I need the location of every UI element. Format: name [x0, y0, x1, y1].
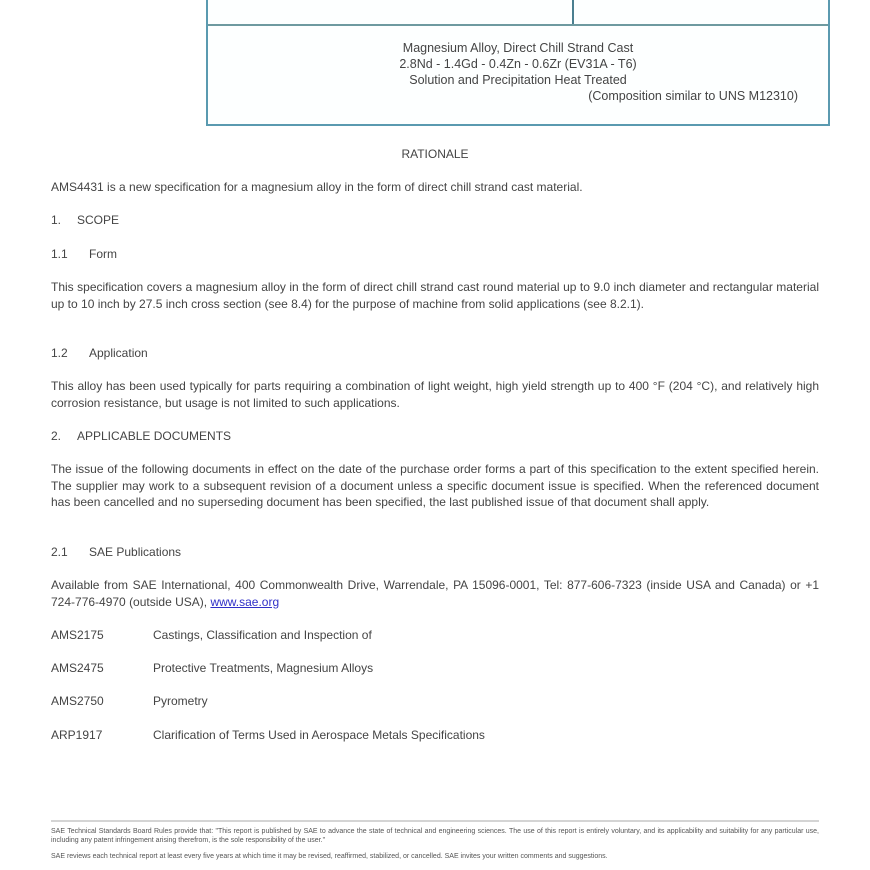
footer-review-note: SAE reviews each technical report at lea…	[51, 852, 819, 861]
section-2-text: The issue of the following documents in …	[51, 461, 819, 511]
section-1-2-heading: 1.2Application	[51, 345, 819, 362]
title-box-header-row	[208, 0, 828, 26]
title-box: Magnesium Alloy, Direct Chill Strand Cas…	[206, 0, 830, 126]
reference-code: AMS2750	[51, 694, 153, 708]
reference-code: ARP1917	[51, 728, 153, 742]
reference-title: Pyrometry	[153, 694, 208, 708]
reference-title: Protective Treatments, Magnesium Alloys	[153, 661, 373, 675]
rationale-text: AMS4431 is a new specification for a mag…	[51, 179, 819, 196]
section-title: APPLICABLE DOCUMENTS	[77, 429, 231, 443]
section-2-1-heading: 2.1SAE Publications	[51, 544, 819, 561]
composition-note: (Composition similar to UNS M12310)	[208, 88, 828, 104]
footer-disclaimer: SAE Technical Standards Board Rules prov…	[51, 827, 819, 845]
reference-row: ARP1917Clarification of Terms Used in Ae…	[51, 728, 485, 742]
section-1-1-text: This specification covers a magnesium al…	[51, 279, 819, 312]
reference-code: AMS2475	[51, 661, 153, 675]
reference-row: AMS2175Castings, Classification and Insp…	[51, 628, 372, 642]
spec-title: Magnesium Alloy, Direct Chill Strand Cas…	[208, 40, 828, 88]
reference-row: AMS2750Pyrometry	[51, 694, 208, 708]
section-number: 1.	[51, 212, 77, 229]
section-title: SAE Publications	[89, 545, 181, 559]
spec-title-line: 2.8Nd - 1.4Gd - 0.4Zn - 0.6Zr (EV31A - T…	[208, 56, 828, 72]
title-box-divider	[572, 0, 574, 24]
section-1-heading: 1.SCOPE	[51, 212, 819, 229]
reference-title: Castings, Classification and Inspection …	[153, 628, 372, 642]
section-number: 2.1	[51, 544, 89, 561]
reference-title: Clarification of Terms Used in Aerospace…	[153, 728, 485, 742]
sae-website-link[interactable]: www.sae.org	[210, 595, 279, 609]
rationale-heading: RATIONALE	[51, 146, 819, 163]
section-title: SCOPE	[77, 213, 119, 227]
section-title: Application	[89, 346, 148, 360]
section-number: 1.2	[51, 345, 89, 362]
reference-code: AMS2175	[51, 628, 153, 642]
reference-row: AMS2475Protective Treatments, Magnesium …	[51, 661, 373, 675]
section-2-1-text: Available from SAE International, 400 Co…	[51, 577, 819, 610]
section-title: Form	[89, 247, 117, 261]
sae-address-text: Available from SAE International, 400 Co…	[51, 578, 819, 609]
section-number: 2.	[51, 428, 77, 445]
footer-divider	[51, 820, 819, 822]
section-2-heading: 2.APPLICABLE DOCUMENTS	[51, 428, 819, 445]
section-1-2-text: This alloy has been used typically for p…	[51, 378, 819, 411]
spec-title-line: Magnesium Alloy, Direct Chill Strand Cas…	[208, 40, 828, 56]
spec-title-line: Solution and Precipitation Heat Treated	[208, 72, 828, 88]
section-1-1-heading: 1.1Form	[51, 246, 819, 263]
section-number: 1.1	[51, 246, 89, 263]
